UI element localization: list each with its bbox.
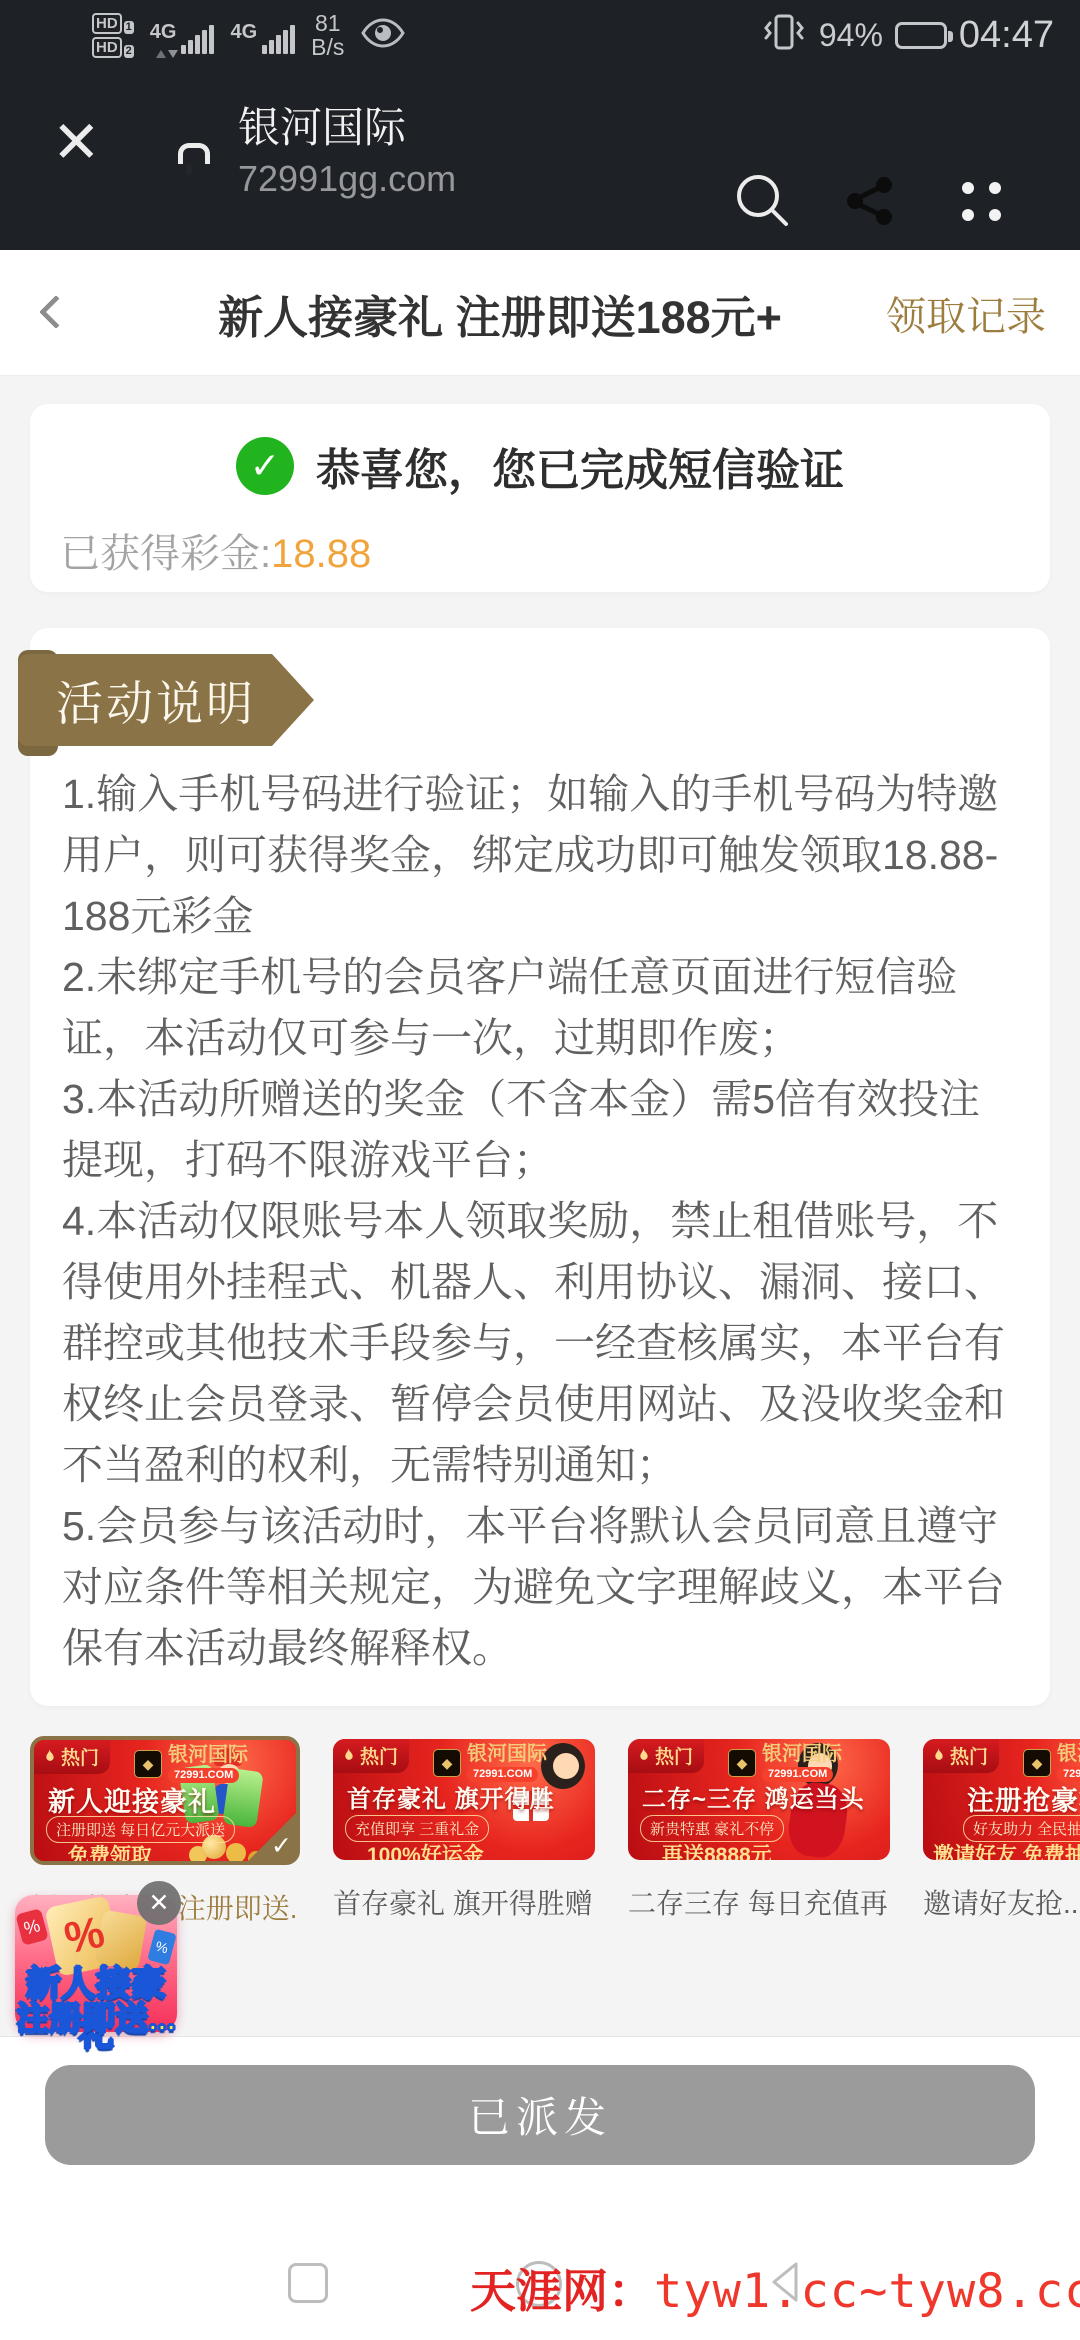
- banner-title: 注册抢豪礼: [967, 1779, 1080, 1818]
- rule-item: 1.输入手机号码进行验证；如输入的手机号码为特邀用户，则可获得奖金，绑定成功即可…: [62, 764, 1018, 947]
- banner-art: 热门 ◆ 银河国际 72991.COM 首存豪礼 旗开得胜 充值即享 三重礼金 …: [333, 1739, 595, 1860]
- hd1-badge: HD 1: [92, 13, 134, 34]
- address-area[interactable]: 银河国际 72991gg.com: [238, 106, 456, 198]
- hd2-label: HD: [92, 37, 122, 58]
- rule-item: 4.本活动仅限账号本人领取奖励，禁止租借账号，不得使用外挂程式、机器人、利用协议…: [62, 1191, 1018, 1496]
- banner-brand-row: ◆ 银河国际 72991.COM: [1023, 1744, 1080, 1782]
- banner-title: 新人迎接豪礼: [48, 1780, 216, 1819]
- data-arrows-icon: [156, 50, 178, 58]
- banner-caption: 邀请好友抢...: [923, 1882, 1080, 1922]
- site-url: 72991gg.com: [238, 160, 456, 198]
- promo-banner-invite[interactable]: 热门 ◆ 银河国际 72991.COM 注册抢豪礼 好友助力 全民抽 邀请好友 …: [923, 1739, 1080, 1922]
- hd2-sub: 2: [124, 45, 134, 58]
- battery-percent: 94%: [819, 17, 883, 54]
- page-header: 新人接豪礼 注册即送188元+ 领取记录: [0, 250, 1080, 376]
- brand-logo-icon: ◆: [134, 1750, 162, 1778]
- rule-item: 5.会员参与该活动时，本平台将默认会员同意且遵守对应条件等相关规定，为避免文字理…: [62, 1496, 1018, 1679]
- brand-name: 银河国际: [467, 1744, 547, 1765]
- banner-caption: 二存三存 每日充值再...: [628, 1882, 890, 1922]
- hd-indicators: HD 1 HD 2: [92, 13, 134, 58]
- page-title: 新人接豪礼 注册即送188元+: [120, 250, 880, 376]
- hot-badge-label: 热门: [360, 1742, 398, 1769]
- banner-subtitle: 充值即享 三重礼金: [345, 1815, 489, 1842]
- banner-subtitle: 好友助力 全民抽: [963, 1815, 1080, 1842]
- sticker-line2: 注册即送...: [9, 1993, 183, 2040]
- banner-subtitle: 新贵特惠 豪礼不停: [640, 1815, 784, 1842]
- banner-title: 二存~三存 鸿运当头: [642, 1779, 865, 1814]
- vibrate-icon: [761, 11, 807, 60]
- success-message: 恭喜您，您已完成短信验证: [316, 434, 844, 498]
- banner-highlight: 免费领取: [68, 1840, 152, 1865]
- network2-label: 4G: [230, 22, 257, 42]
- footer-area: 已派发 天涯网： tyw1.cc~tyw8.cc: [0, 2036, 1080, 2340]
- hd2-badge: HD 2: [92, 37, 134, 58]
- bonus-label: 已获得彩金:: [60, 532, 271, 576]
- flame-icon: [41, 1748, 57, 1766]
- rules-ribbon: 活动说明: [18, 650, 318, 762]
- phone-screen: HD 1 HD 2 4G 4G 81 B/s: [0, 0, 1080, 2340]
- search-icon[interactable]: [732, 170, 792, 235]
- claim-records-link[interactable]: 领取记录: [886, 250, 1046, 376]
- brand-logo-icon: ◆: [433, 1749, 461, 1777]
- banner-art: 热门 ◆ 银河国际 72991.COM 二存~三存 鸿运当头 新贵特惠 豪礼不停…: [628, 1739, 890, 1860]
- promo-banner-redeposit[interactable]: 热门 ◆ 银河国际 72991.COM 二存~三存 鸿运当头 新贵特惠 豪礼不停…: [628, 1739, 890, 1922]
- floating-promo-sticker[interactable]: % % % 新人接豪礼 注册即送... ✕: [15, 1895, 177, 2032]
- activity-rules-card: 活动说明 1.输入手机号码进行验证；如输入的手机号码为特邀用户，则可获得奖金，绑…: [30, 628, 1050, 1706]
- dispatched-button[interactable]: 已派发: [45, 2065, 1035, 2165]
- hot-badge: 热门: [34, 1740, 110, 1774]
- hd1-label: HD: [92, 13, 122, 34]
- status-left: HD 1 HD 2 4G 4G 81 B/s: [92, 11, 406, 59]
- banner-subtitle: 注册即送 每日亿元大派送: [46, 1816, 235, 1843]
- banner-highlight: 再送8888元: [662, 1839, 772, 1860]
- banner-art: 热门 ◆ 银河国际 72991.COM 注册抢豪礼 好友助力 全民抽 邀请好友 …: [923, 1739, 1080, 1860]
- selected-check-icon: ✓: [271, 1831, 292, 1861]
- rule-item: 3.本活动所赠送的奖金（不含本金）需5倍有效投注提现，打码不限游戏平台；: [62, 1069, 1018, 1191]
- brand-name: 银河国际: [1057, 1744, 1080, 1765]
- banner-caption: 首存豪礼 旗开得胜赠...: [333, 1882, 595, 1922]
- hot-badge: 热门: [333, 1739, 409, 1773]
- success-check-icon: ✓: [236, 437, 294, 495]
- signal-sim2-icon: 4G: [230, 16, 295, 54]
- site-title: 银河国际: [238, 106, 456, 150]
- percent-tag-red-icon: %: [15, 1908, 48, 1946]
- bonus-value: 18.88: [271, 532, 371, 576]
- sms-success-card: ✓ 恭喜您，您已完成短信验证 已获得彩金:18.88: [30, 404, 1050, 592]
- nav-recents-icon[interactable]: [288, 2263, 328, 2303]
- banner-highlight: 100%好运金: [367, 1839, 484, 1860]
- success-row: ✓ 恭喜您，您已完成短信验证: [30, 434, 1050, 498]
- ribbon-title: 活动说明: [18, 654, 314, 746]
- banner-highlight: 邀请好友 免费抽188: [933, 1839, 1080, 1860]
- rules-text: 1.输入手机号码进行验证；如输入的手机号码为特邀用户，则可获得奖金，绑定成功即可…: [62, 764, 1018, 1679]
- rule-item: 2.未绑定手机号的会员客户端任意页面进行短信验证，本活动仅可参与一次，过期即作废…: [62, 947, 1018, 1069]
- brand-logo-icon: ◆: [728, 1749, 756, 1777]
- watermark-urls: tyw1.cc~tyw8.cc: [654, 2264, 1080, 2319]
- sticker-close-icon[interactable]: ✕: [137, 1881, 181, 1925]
- speed-value: 81: [315, 11, 341, 35]
- hot-badge: 热门: [628, 1739, 704, 1773]
- signal-bars-1-icon: [181, 25, 214, 54]
- bonus-line: 已获得彩金:18.88: [60, 522, 371, 579]
- status-right: 94% 04:47: [761, 11, 1054, 60]
- banner-brand-row: ◆ 银河国际 72991.COM: [134, 1745, 248, 1783]
- hd1-sub: 1: [124, 21, 134, 34]
- hot-badge: 热门: [923, 1739, 999, 1773]
- menu-dots-icon[interactable]: [962, 182, 1001, 221]
- clock: 04:47: [959, 14, 1054, 57]
- network1-label: 4G: [150, 22, 177, 42]
- watermark-prefix: 天涯网：: [470, 2255, 654, 2321]
- watermark-text: 天涯网： tyw1.cc~tyw8.cc: [470, 2255, 1080, 2321]
- hot-badge-label: 热门: [950, 1742, 988, 1769]
- battery-icon: [895, 22, 947, 49]
- signal-sim1-icon: 4G: [150, 16, 215, 54]
- flame-icon: [635, 1747, 651, 1765]
- network-speed: 81 B/s: [311, 11, 344, 59]
- status-bar: HD 1 HD 2 4G 4G 81 B/s: [0, 0, 1080, 70]
- share-icon[interactable]: [844, 176, 896, 231]
- eye-protection-icon: [360, 18, 406, 53]
- close-tab-icon[interactable]: ✕: [52, 114, 101, 172]
- hot-badge-label: 热门: [655, 1742, 693, 1769]
- signal-bars-2-icon: [262, 25, 295, 54]
- brand-name: 银河国际: [762, 1744, 842, 1765]
- hot-badge-label: 热门: [61, 1743, 99, 1770]
- promo-banner-row: 热门 ◆ 银河国际 72991.COM 新人迎接豪礼 注册即送 每日亿元大派送 …: [30, 1736, 1080, 1927]
- banner-brand-row: ◆ 银河国际 72991.COM: [433, 1744, 547, 1782]
- brand-logo-icon: ◆: [1023, 1749, 1051, 1777]
- speed-unit: B/s: [311, 35, 344, 59]
- promo-banner-firstdeposit[interactable]: 热门 ◆ 银河国际 72991.COM 首存豪礼 旗开得胜 充值即享 三重礼金 …: [333, 1739, 595, 1922]
- flame-icon: [340, 1747, 356, 1765]
- banner-brand-row: ◆ 银河国际 72991.COM: [728, 1744, 842, 1782]
- flame-icon: [930, 1747, 946, 1765]
- back-icon[interactable]: [39, 295, 73, 329]
- banner-title: 首存豪礼 旗开得胜: [347, 1779, 555, 1814]
- browser-toolbar: ✕ 银河国际 72991gg.com: [0, 70, 1080, 250]
- banner-art: 热门 ◆ 银河国际 72991.COM 新人迎接豪礼 注册即送 每日亿元大派送 …: [30, 1736, 300, 1865]
- brand-name: 银河国际: [168, 1745, 248, 1766]
